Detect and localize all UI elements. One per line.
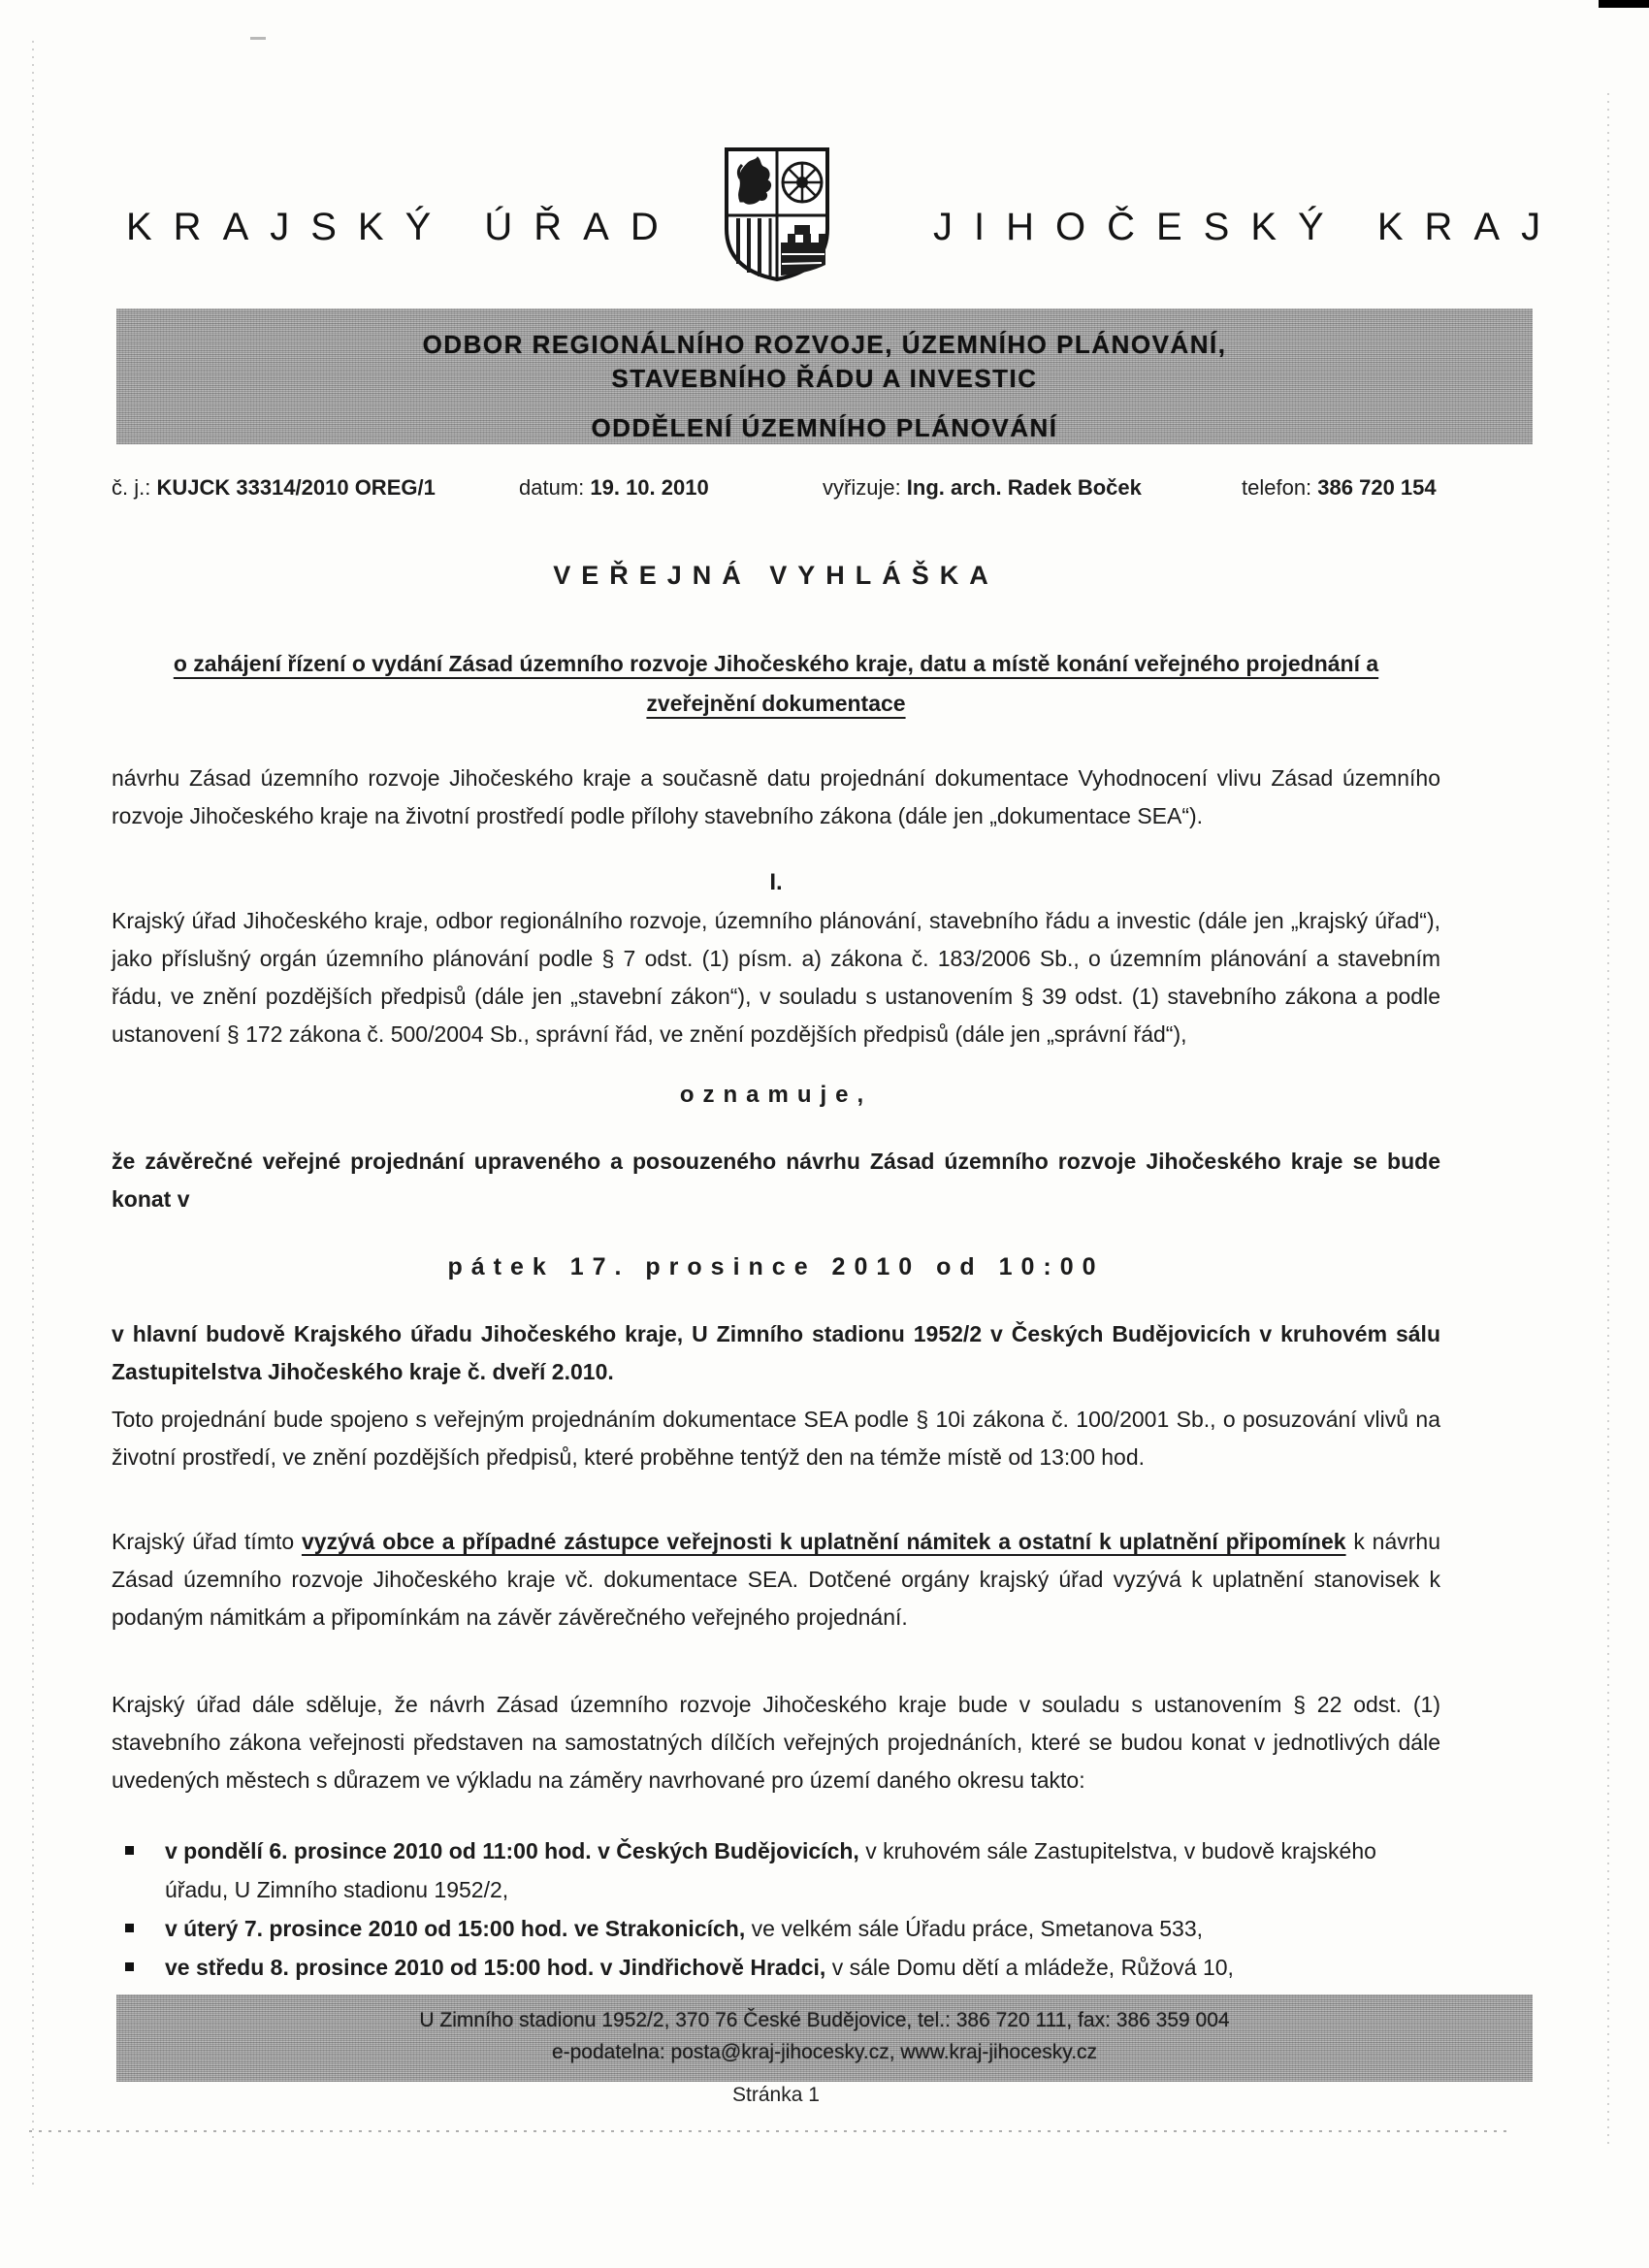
list-item: ve středu 8. prosince 2010 od 15:00 hod.… [112,1948,1440,1987]
objections-prefix: Krajský úřad tímto [112,1529,302,1554]
document-subject-text: o zahájení řízení o vydání Zásad územníh… [141,644,1411,724]
page-number: Stránka 1 [112,2084,1440,2107]
hearing-3-datetime: ve středu 8. prosince 2010 od 15:00 hod.… [165,1955,825,1980]
phone-value: 386 720 154 [1317,475,1436,500]
document-subject: o zahájení řízení o vydání Zásad územníh… [112,644,1440,724]
section-heading-1: I. [112,869,1440,896]
hearing-1-datetime: v pondělí 6. prosince 2010 od 11:00 hod.… [165,1838,859,1863]
phone-field: telefon: 386 720 154 [1242,475,1437,501]
paragraph-sea: Toto projednání bude spojeno s veřejným … [112,1401,1440,1476]
ref-number-value: KUJCK 33314/2010 OREG/1 [156,475,435,500]
paragraph-district-hearings: Krajský úřad dále sděluje, že návrh Zása… [112,1686,1440,1799]
paragraph-objections: Krajský úřad tímto vyzývá obce a případn… [112,1523,1440,1636]
scan-corner-mark [1599,0,1649,8]
scan-edge-artifact-left [32,41,34,2185]
paragraph-intro: návrhu Zásad územního rozvoje Jihočeskéh… [112,760,1440,835]
bullet-square-icon [125,1962,134,1971]
handled-by-value: Ing. arch. Radek Boček [907,475,1142,500]
ref-number-field: č. j.: KUJCK 33314/2010 OREG/1 [112,475,436,501]
date-field: datum: 19. 10. 2010 [519,475,709,501]
footer-address-banner: U Zimního stadionu 1952/2, 370 76 České … [116,1994,1533,2082]
paragraph-authority: Krajský úřad Jihočeského kraje, odbor re… [112,902,1440,1053]
footer-contact-line: e-podatelna: posta@kraj-jihocesky.cz, ww… [116,2036,1533,2068]
footer-address-line: U Zimního stadionu 1952/2, 370 76 České … [116,1994,1533,2036]
department-line-1: ODBOR REGIONÁLNÍHO ROZVOJE, ÚZEMNÍHO PLÁ… [116,308,1533,362]
department-banner: ODBOR REGIONÁLNÍHO ROZVOJE, ÚZEMNÍHO PLÁ… [116,308,1533,444]
objections-emphasis: vyzývá obce a případné zástupce veřejnos… [302,1529,1346,1554]
scan-dash-artifact [250,37,266,40]
hearing-2-venue: ve velkém sále Úřadu práce, Smetanova 53… [745,1916,1203,1941]
handled-by-label: vyřizuje: [823,475,907,500]
ref-number-label: č. j.: [112,475,156,500]
scanned-document-page: KRAJSKÝ ÚŘAD JIHOČESKÝ KRAJ ODBOR REGION… [0,0,1649,2268]
department-line-2: STAVEBNÍHO ŘÁDU A INVESTIC [116,362,1533,396]
bullet-square-icon [125,1846,134,1855]
bullet-square-icon [125,1924,134,1932]
scan-bottom-dotted-line [29,2130,1513,2132]
scan-edge-artifact-right [1607,93,1609,2150]
hearing-2-datetime: v úterý 7. prosince 2010 od 15:00 hod. v… [165,1916,745,1941]
date-label: datum: [519,475,590,500]
paragraph-hearing: že závěrečné veřejné projednání upravené… [112,1143,1440,1218]
date-value: 19. 10. 2010 [590,475,708,500]
hearing-schedule-list: v pondělí 6. prosince 2010 od 11:00 hod.… [112,1831,1440,1987]
list-item: v úterý 7. prosince 2010 od 15:00 hod. v… [112,1909,1440,1948]
hearing-date-line: pátek 17. prosince 2010 od 10:00 [112,1253,1440,1281]
office-name-left: KRAJSKÝ ÚŘAD [126,206,680,249]
reference-line: č. j.: KUJCK 33314/2010 OREG/1 datum: 19… [112,475,1489,504]
document-title: VEŘEJNÁ VYHLÁŠKA [112,561,1440,591]
office-name-right: JIHOČESKÝ KRAJ [933,206,1562,249]
coat-of-arms-icon [723,146,831,283]
paragraph-venue: v hlavní budově Krajského úřadu Jihočesk… [112,1315,1440,1391]
handled-by-field: vyřizuje: Ing. arch. Radek Boček [823,475,1142,501]
announce-word: oznamuje, [112,1082,1440,1109]
hearing-3-venue: v sále Domu dětí a mládeže, Růžová 10, [825,1955,1234,1980]
list-item: v pondělí 6. prosince 2010 od 11:00 hod.… [112,1831,1440,1909]
department-line-3: ODDĚLENÍ ÚZEMNÍHO PLÁNOVÁNÍ [116,396,1533,445]
phone-label: telefon: [1242,475,1317,500]
